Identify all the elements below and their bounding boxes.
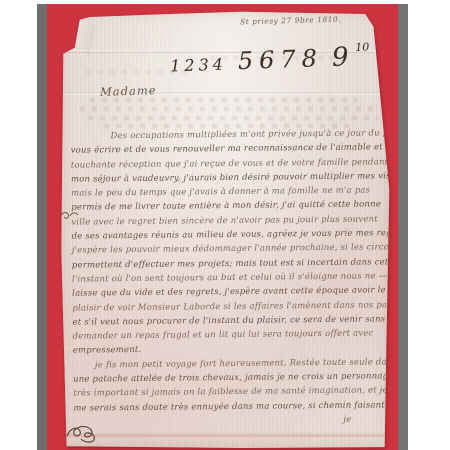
page-numbering: 1234 5678 9 10 bbox=[170, 41, 371, 79]
letter-paper: St priesy 27 9bre 1810. 1234 5678 9 10 M… bbox=[60, 10, 390, 448]
numbering-part: 5678 bbox=[237, 44, 323, 75]
show-through-text bbox=[90, 98, 358, 102]
ink-flourish-drawing bbox=[64, 416, 100, 444]
numbering-part: 9 bbox=[331, 42, 351, 73]
letter-paper-wrap: St priesy 27 9bre 1810. 1234 5678 9 10 M… bbox=[60, 10, 390, 448]
numbering-part: 1234 bbox=[170, 55, 227, 76]
numbering-part: 10 bbox=[355, 41, 369, 54]
show-through-text bbox=[80, 107, 378, 111]
letter-body: Des occupations multipliées m'ont privée… bbox=[70, 126, 381, 429]
catchword: je bbox=[73, 412, 381, 430]
date-line: St priesy 27 9bre 1810. bbox=[240, 15, 341, 27]
salutation: Madame bbox=[100, 83, 157, 99]
paper-fold-flap bbox=[66, 18, 95, 55]
show-through-text bbox=[88, 116, 378, 120]
margin-scribble-mark bbox=[58, 208, 80, 223]
letter-photo: St priesy 27 9bre 1810. 1234 5678 9 10 M… bbox=[37, 4, 408, 450]
fold-crease-bottom bbox=[60, 434, 390, 437]
